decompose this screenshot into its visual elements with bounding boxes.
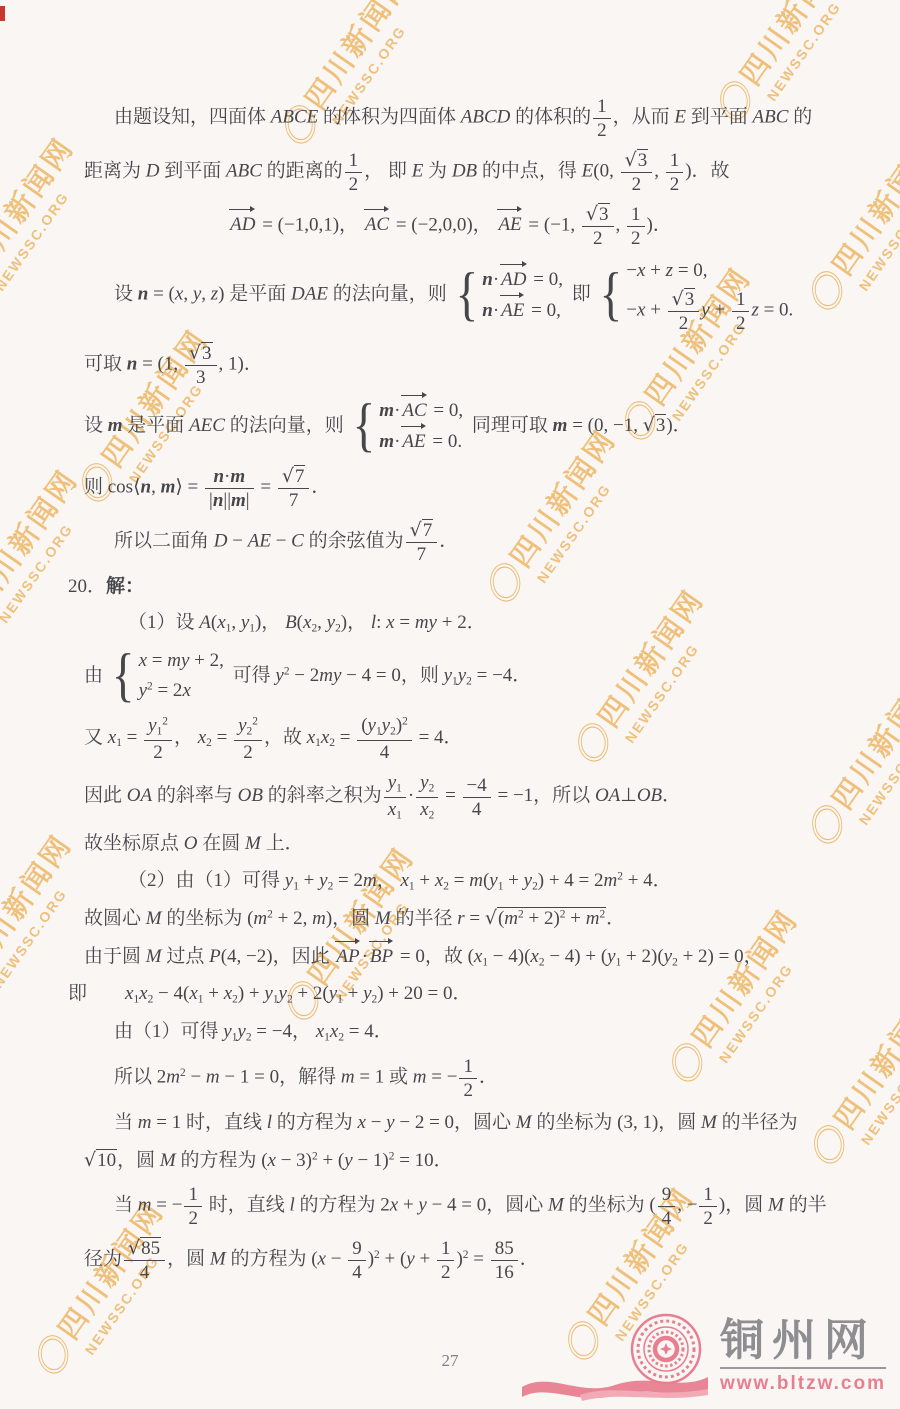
- vector-overline: AD: [228, 211, 257, 239]
- equation-system: {n·AD = 0,n·AE = 0,: [455, 266, 563, 325]
- solution-line: 即 x1x2 − 4(x1 + x2) + y1y2 + 2(y1 + y2) …: [68, 981, 872, 1008]
- fraction: 94: [348, 1238, 366, 1282]
- fraction: y122: [144, 715, 172, 762]
- solution-line: AD = (−1,0,1)， AC = (−2,0,0)， AE = (−1, …: [84, 204, 872, 248]
- solution-line: 所以 2m2 − m − 1 = 0，解得 m = 1 或 m = −12．: [84, 1056, 872, 1100]
- solution-line: 由于圆 M 过点 P(4, −2)，因此 AP·BP = 0，故 (x1 − 4…: [84, 943, 872, 971]
- vector-overline: AC: [363, 211, 391, 239]
- vector-overline: AP: [334, 943, 361, 971]
- solution-line: 由题设知，四面体 ABCE 的体积为四面体 ABCD 的体积的12，从而 E 到…: [84, 96, 872, 140]
- solution-line: 故圆心 M 的坐标为 (m2 + 2, m)，圆 M 的半径 r = √(m2 …: [84, 905, 872, 933]
- sqrt: √3: [189, 343, 213, 364]
- fraction: 12: [345, 150, 363, 194]
- solution-line: 当 m = −12 时，直线 l 的方程为 2x + y − 4 = 0，圆心 …: [84, 1184, 872, 1228]
- sqrt: √3: [672, 289, 696, 310]
- solution-line: 所以二面角 D − AE − C 的余弦值为√77．: [84, 520, 872, 564]
- sqrt: √3: [586, 204, 610, 225]
- logo-emblem: [520, 1311, 710, 1403]
- fraction: 12: [184, 1184, 202, 1228]
- fraction: 12: [437, 1238, 455, 1282]
- solution-line: 20．解：: [68, 574, 872, 601]
- sqrt: √3: [643, 415, 667, 436]
- site-name: 铜州网: [720, 1317, 876, 1365]
- fraction: 94: [658, 1184, 676, 1228]
- fraction: −44: [463, 775, 491, 819]
- sqrt: √7: [282, 466, 306, 487]
- solution-line: 设 m 是平面 AEC 的法向量，则 {m·AC = 0,m·AE = 0. 同…: [84, 397, 872, 456]
- vector-overline: AD: [499, 266, 528, 294]
- solution-line: （2）由（1）可得 y1 + y2 = 2m， x1 + x2 = m(y1 +…: [84, 868, 872, 895]
- fraction: √32: [621, 150, 653, 194]
- logo-emblem-graphic: [520, 1311, 710, 1403]
- solution-line: （1）设 A(x1, y1)， B(x2, y2)， l: x = my + 2…: [84, 610, 872, 637]
- fraction: 12: [593, 96, 611, 140]
- vector-overline: AE: [400, 428, 427, 456]
- fraction: y222: [234, 715, 262, 762]
- solution-line: 因此 OA 的斜率与 OB 的斜率之积为y1x1·y2x2 = −44 = −1…: [84, 772, 872, 822]
- fraction: 12: [699, 1184, 717, 1228]
- fraction: 12: [732, 289, 750, 333]
- equation-system: {x = my + 2,y2 = 2x: [112, 648, 224, 705]
- fraction: √77: [278, 466, 310, 510]
- fraction: √33: [185, 343, 217, 387]
- fraction: 12: [459, 1056, 477, 1100]
- solution-line: 由 {x = my + 2,y2 = 2x 可得 y2 − 2my − 4 = …: [84, 648, 872, 705]
- vector-overline: AE: [499, 297, 526, 325]
- solution-line: √10，圆 M 的方程为 (x − 3)2 + (y − 1)2 = 10．: [84, 1147, 872, 1175]
- solution-line: 故坐标原点 O 在圆 M 上．: [84, 831, 872, 858]
- solution-line: 径为√854，圆 M 的方程为 (x − 94)2 + (y + 12)2 = …: [84, 1238, 872, 1282]
- solution-line: 由（1）可得 y1y2 = −4， x1x2 = 4．: [84, 1019, 872, 1046]
- solution-line: 距离为 D 到平面 ABC 的距离的12， 即 E 为 DB 的中点，得 E(0…: [84, 150, 872, 194]
- solution-line: 又 x1 = y122， x2 = y222，故 x1x2 = (y1y2)24…: [84, 715, 872, 762]
- fraction: 12: [627, 204, 645, 248]
- fraction: (y1y2)24: [357, 715, 412, 762]
- fraction: √32: [582, 204, 614, 248]
- scanned-exam-page: 四川新闻网NEWSSC.ORG四川新闻网NEWSSC.ORG四川新闻网NEWSS…: [0, 0, 900, 1409]
- sqrt: √85: [128, 1238, 161, 1259]
- solution-text: 由题设知，四面体 ABCE 的体积为四面体 ABCD 的体积的12，从而 E 到…: [0, 0, 900, 1282]
- fraction: √32: [668, 289, 700, 333]
- vector-overline: BP: [368, 943, 395, 971]
- vector-overline: AC: [400, 397, 428, 425]
- sqrt: √7: [410, 520, 434, 541]
- sqrt: √(m2 + 2)2 + m2: [485, 908, 606, 929]
- fraction: n·m|n||m|: [205, 466, 254, 510]
- fraction: √77: [406, 520, 438, 564]
- solution-line: 则 cos⟨n, m⟩ = n·m|n||m| = √77．: [84, 466, 872, 510]
- fraction: √854: [124, 1238, 165, 1282]
- solution-line: 可取 n = (1, √33, 1)．: [84, 343, 872, 387]
- solution-line: 设 n = (x, y, z) 是平面 DAE 的法向量，则 {n·AD = 0…: [84, 258, 872, 333]
- sqrt: √10: [84, 1150, 117, 1171]
- solution-line: 当 m = 1 时，直线 l 的方程为 x − y − 2 = 0，圆心 M 的…: [84, 1110, 872, 1137]
- fraction: 8516: [491, 1238, 518, 1282]
- sqrt: √3: [625, 150, 649, 171]
- vector-overline: AE: [496, 211, 523, 239]
- fraction: y2x2: [416, 772, 438, 822]
- site-logo: 铜州网 www.bltzw.com: [520, 1311, 886, 1403]
- site-url: www.bltzw.com: [720, 1367, 886, 1398]
- equation-system: {m·AC = 0,m·AE = 0.: [352, 397, 463, 456]
- fraction: 12: [666, 150, 684, 194]
- fraction: y1x1: [384, 772, 406, 822]
- equation-system: {−x + z = 0,−x + √32y + 12z = 0.: [599, 258, 793, 333]
